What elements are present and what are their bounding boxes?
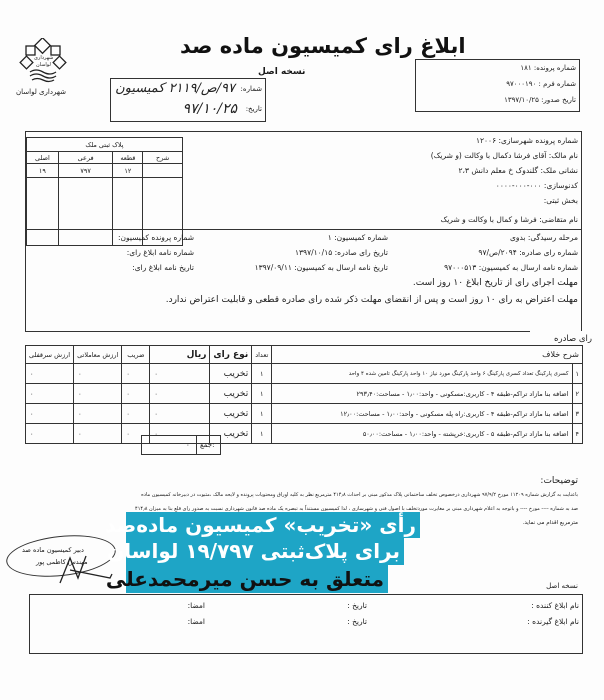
header-count: تعداد <box>252 346 272 364</box>
header-violation-desc: شرح خلاف <box>272 346 583 364</box>
rial-value: ۰ <box>150 404 210 424</box>
page-title: ابلاغ رای کمیسیون ماده صد <box>180 34 466 58</box>
row-number: ۴ <box>572 424 583 444</box>
coefficient-value: ۰ <box>122 404 150 424</box>
table-row: ۴ اضافه بنا مازاد تراکم-طبقه ۵ - کاربری:… <box>26 424 583 444</box>
notification-box: نام ابلاغ کننده : تاریخ : امضا: نام ابلا… <box>29 594 583 654</box>
notice-letter-date: تاریخ نامه ابلاغ رای: <box>132 263 194 273</box>
header-desc: شرح <box>143 152 183 164</box>
urban-file-number: شماره پرونده شهرسازی: ۱۲۰۰۶ <box>476 136 578 146</box>
frame-top-line <box>25 131 582 132</box>
violation-desc: اضافه بنا مازاد تراکم-طبقه ۵ - کاربری:خر… <box>272 424 572 444</box>
logo-text: لواسان <box>36 61 51 70</box>
form-number: شماره فرم : ۹۷۰۰۰۱۹۰ <box>506 80 576 89</box>
notice-letter-number: شماره نامه ابلاغ رای: <box>127 248 194 258</box>
plaque-empty-cell <box>27 178 59 246</box>
verdict-type: تخریب <box>210 364 252 384</box>
org-caption: شهرداری لواسان <box>16 88 66 96</box>
notes-line-1: باعنایت به گزارش شماره ۱۱۲۰۹ مورخ ۹۷/۹/۲… <box>141 492 578 498</box>
overlay-caption-line-1: رأی «تخریب» کمیسیون ماده‌صد <box>126 512 420 538</box>
total-value: ۰ <box>186 441 190 450</box>
file-number: شماره پرونده: ۱۸۱ <box>520 64 576 73</box>
file-info-box: شماره پرونده: ۱۸۱ شماره فرم : ۹۷۰۰۰۱۹۰ ت… <box>415 59 580 112</box>
header-goodwill-value: ارزش سرقفلی <box>26 346 74 364</box>
copy-label: نسخه اصل <box>258 67 305 77</box>
header-coefficient: ضریب <box>122 346 150 364</box>
verdict-section-label: رای صادره <box>554 334 592 344</box>
row-number: ۳ <box>572 404 583 424</box>
total-divider <box>196 436 197 454</box>
commission-number: شماره کمیسیون: ۱ <box>328 233 388 243</box>
notes-line-3: مترمربع اقدام می نماید. <box>523 520 578 526</box>
table-row: ۲ اضافه بنا مازاد تراکم-طبقه ۴ - کاربری:… <box>26 384 583 404</box>
receiver-sign-label: امضا: <box>188 617 205 627</box>
violations-table: شرح خلاف تعداد نوع رای ریال ضریب ارزش مع… <box>25 345 583 444</box>
table-row: ۳ اضافه بنا مازاد تراکم-طبقه ۴ - کاربری:… <box>26 404 583 424</box>
receiver-name-label: نام ابلاغ گیرنده : <box>527 617 579 627</box>
row-number: ۱ <box>572 364 583 384</box>
reference-stamp-box: شماره: ۹۷/ص/۲۱۱۹ کمیسیون تاریخ: ۹۷/۱۰/۲۵ <box>110 78 266 122</box>
applicant-name: نام متقاضی: فرشا و کمال با وکالت و شریک <box>441 215 579 225</box>
verdict-type: تخریب <box>210 404 252 424</box>
owner-name: نام مالک: آقای فرشا دکمال با وکالت (و شر… <box>431 151 578 161</box>
frame-right-line <box>581 131 582 331</box>
verdict-date: تاریخ رای صادره: ۱۳۹۷/۱۰/۱۵ <box>295 248 388 258</box>
coefficient-value: ۰ <box>122 384 150 404</box>
divider-line <box>25 229 582 230</box>
ref-date-value: ۹۷/۱۰/۲۵ <box>182 101 237 117</box>
violation-desc: کسری پارکینگ تعداد کسری پارکینگ ۶ واحد پ… <box>272 364 572 384</box>
total-label: جمع: <box>200 441 214 450</box>
trade-value: ۰ <box>74 424 122 444</box>
document-page: شهرداری لواسان شهرداری لواسان ابلاغ رای … <box>0 0 604 700</box>
ref-number-label: شماره: <box>241 85 262 94</box>
divider-line <box>25 331 530 332</box>
municipality-logo: شهرداری لواسان <box>18 38 68 86</box>
review-stage: مرحله رسیدگی: بدوی <box>510 233 578 243</box>
issue-date: تاریخ صدور: ۱۳۹۷/۱۰/۲۵ <box>504 96 576 105</box>
header-rial: ریال <box>150 346 210 364</box>
row-number: ۲ <box>572 384 583 404</box>
trade-value: ۰ <box>74 404 122 424</box>
header-trade-value: ارزش معاملاتی <box>74 346 122 364</box>
overlay-caption-line-3: متعلق به حسن میرمحمدعلی <box>126 565 388 593</box>
commission-file-number: شماره پرونده کمیسیون: <box>118 233 194 243</box>
overlay-caption-line-2: برای پلاک‌ثبتی ۱۹/۷۹۷ لواسان <box>126 538 404 565</box>
ref-date-label: تاریخ: <box>246 105 262 114</box>
ref-number-value: ۹۷/ص/۲۱۱۹ کمیسیون <box>115 81 235 96</box>
violation-desc: اضافه بنا مازاد تراکم-طبقه ۴ - کاربری:مس… <box>272 384 572 404</box>
plaque-main: ۱۹ <box>27 164 59 178</box>
violations-table-wrapper: شرح خلاف تعداد نوع رای ریال ضریب ارزش مع… <box>25 345 583 444</box>
execution-deadline: مهلت اجرای رای از تاریخ ابلاغ ۱۰ روز است… <box>413 278 578 288</box>
property-address: نشانی ملک: گلندوک خ معلم دانش ۲،۳ <box>458 166 578 176</box>
receiver-date-label: تاریخ : <box>347 617 367 627</box>
plaque-desc <box>143 164 183 178</box>
violation-count: ۱ <box>252 384 272 404</box>
rial-value: ۰ <box>150 384 210 404</box>
goodwill-value: ۰ <box>26 404 74 424</box>
coefficient-value: ۰ <box>122 364 150 384</box>
header-sub: فرعی <box>58 152 113 164</box>
table-row: ۱ کسری پارکینگ تعداد کسری پارکینگ ۶ واحد… <box>26 364 583 384</box>
header-verdict-type: نوع رای <box>210 346 252 364</box>
trade-value: ۰ <box>74 364 122 384</box>
verdict-type: تخریب <box>210 384 252 404</box>
letter-number: شماره نامه ارسال به کمیسیون: ۹۷۰۰۰۵۱۳ <box>444 263 578 273</box>
header-main: اصلی <box>27 152 59 164</box>
plaque-section: ۱۲ <box>113 164 143 178</box>
copy-footer-label: نسخه اصل <box>546 582 578 591</box>
violation-desc: اضافه بنا مازاد تراکم-طبقه ۴ - کاربری:را… <box>272 404 572 424</box>
verdict-number: شماره رای صادره: ۲۰۹۴/ص/۹۷ <box>478 248 578 258</box>
appeal-deadline: مهلت اعتراض به رای ۱۰ روز است و پس از ان… <box>166 295 578 305</box>
rial-value: ۰ <box>150 364 210 384</box>
postal-code: کدنوسازی: ۰۰۰-۰۰۰-۰۰۰۰ <box>496 181 578 191</box>
plaque-table-title: پلاک ثبتی ملک <box>27 138 183 152</box>
violation-count: ۱ <box>252 364 272 384</box>
letter-date: تاریخ نامه ارسال به کمیسیون: ۱۳۹۷/۰۹/۱۱ <box>255 263 388 273</box>
trade-value: ۰ <box>74 384 122 404</box>
goodwill-value: ۰ <box>26 424 74 444</box>
plaque-empty-cell <box>58 178 113 246</box>
notifier-sign-label: امضا: <box>188 601 205 611</box>
total-box: ۰ جمع: <box>141 435 221 455</box>
registry-section: بخش ثبتی: <box>544 196 578 206</box>
header-section: قطعه <box>113 152 143 164</box>
violation-count: ۱ <box>252 424 272 444</box>
notes-label: توضیحات: <box>540 476 578 486</box>
notifier-date-label: تاریخ : <box>347 601 367 611</box>
goodwill-value: ۰ <box>26 364 74 384</box>
violation-count: ۱ <box>252 404 272 424</box>
goodwill-value: ۰ <box>26 384 74 404</box>
plaque-sub: ۷۹۷ <box>58 164 113 178</box>
notifier-name-label: نام ابلاغ کننده : <box>531 601 579 611</box>
